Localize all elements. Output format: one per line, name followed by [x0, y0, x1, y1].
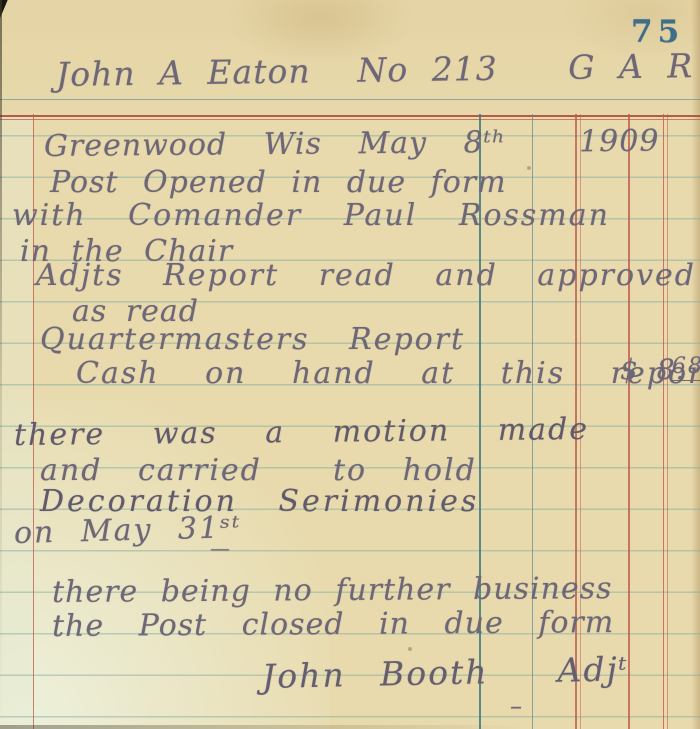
- line-motion: there was a motion made: [14, 415, 589, 451]
- line-post-opened: Post Opened in due form: [50, 168, 507, 198]
- title-line: John A Eaton No 213 G A R: [56, 49, 694, 91]
- ledger-page: 75 John A Eaton No 213 G A RGreenwood Wi…: [0, 0, 700, 729]
- line-carried: and carried to hold: [40, 456, 477, 486]
- cash-amount-cents: 68: [672, 356, 700, 381]
- signature-line: John Booth Adjᵗ: [262, 652, 630, 693]
- line-post-closed: the Post closed in due form: [52, 608, 614, 642]
- handwriting-layer: John A Eaton No 213 G A RGreenwood Wis M…: [0, 0, 700, 729]
- line-adjt-report: Adjts Report read and approved: [36, 261, 696, 291]
- line-no-further: there being no further business: [52, 574, 613, 608]
- underline-31st: —: [210, 538, 231, 558]
- line-decoration: Decoration Serimonies: [40, 487, 479, 517]
- line-commander: with Comander Paul Rossman: [12, 201, 610, 231]
- line-on-may: on May 31ˢᵗ: [14, 513, 242, 549]
- signature-underdash: –: [510, 694, 523, 718]
- line-cash: Cash on hand at this report: [76, 359, 700, 389]
- date-line: Greenwood Wis May 8ᵗʰ 1909: [44, 127, 660, 162]
- line-qm-report: Quartermasters Report: [40, 325, 465, 355]
